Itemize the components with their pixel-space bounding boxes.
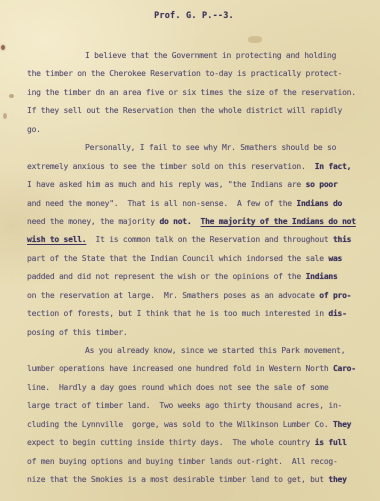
document-line: wish to sell. It is common talk on the R… <box>27 231 367 249</box>
text-segment: I have asked him as much and his reply w… <box>27 180 306 189</box>
text-segment: tection of forests, but I think that he … <box>27 309 328 318</box>
text-segment: dis- <box>328 309 346 318</box>
text-segment: Indians do <box>296 199 342 208</box>
text-segment: of pro- <box>319 291 351 300</box>
text-segment: extremely anxious to see the timber sold… <box>27 162 315 171</box>
text-segment: The majority of the Indians do not <box>201 217 356 226</box>
text-segment: posing of this timber. <box>27 328 127 337</box>
document-line: large tract of timber land. Two weeks ag… <box>27 397 367 415</box>
text-segment: padded and did not represent the wish or… <box>27 272 306 281</box>
paper-stain <box>9 94 14 98</box>
text-segment: wish to sell. <box>27 235 86 244</box>
text-segment: of men buying options and buying timber … <box>27 457 338 466</box>
text-segment: line. Hardly a day goes round which does… <box>27 383 328 392</box>
text-segment: Indians <box>306 272 338 281</box>
document-line: cluding the Lynnville gorge, was sold to… <box>27 416 367 434</box>
document-line: extremely anxious to see the timber sold… <box>27 158 367 176</box>
document-line: and need the money". That is all non-sen… <box>27 195 367 213</box>
text-segment: lumber operations have increased one hun… <box>27 364 333 373</box>
text-segment: In fact, <box>315 162 352 171</box>
document-line: on the reservation at large. Mr. Smather… <box>27 287 367 305</box>
document-line: I believe that the Government in protect… <box>27 47 367 65</box>
document-line: go. <box>27 121 367 139</box>
document-line: Personally, I fail to see why Mr. Smathe… <box>27 139 367 157</box>
text-segment: this <box>333 235 351 244</box>
document-line: part of the State that the Indian Counci… <box>27 250 367 268</box>
document-line: expect to begin cutting inside thirty da… <box>27 434 367 452</box>
text-segment: If they sell out the Reservation then th… <box>27 106 342 115</box>
document-line: ing the timber dn an area five or six ti… <box>27 84 367 102</box>
document-line: padded and did not represent the wish or… <box>27 268 367 286</box>
typewritten-letter-page: { "colors": { "paper": "#e8ddb6", "ink":… <box>0 0 380 501</box>
text-segment: They <box>333 420 351 429</box>
paper-stain <box>1 45 5 50</box>
document-line: tection of forests, but I think that he … <box>27 305 367 323</box>
document-line: If they sell out the Reservation then th… <box>27 102 367 120</box>
text-segment: expect to begin cutting inside thirty da… <box>27 438 315 447</box>
text-segment: on the reservation at large. Mr. Smather… <box>27 291 319 300</box>
text-segment: the timber on the Cherokee Reservation t… <box>27 69 342 78</box>
text-segment: Caro- <box>333 364 356 373</box>
text-segment: and need the money". That is all non-sen… <box>27 199 296 208</box>
text-segment: so poor <box>306 180 338 189</box>
text-segment: Personally, I fail to see why Mr. Smathe… <box>85 143 336 152</box>
document-line: need the money, the majority do not. The… <box>27 213 367 231</box>
text-segment: ing the timber dn an area five or six ti… <box>27 88 356 97</box>
document-line: As you already know, since we started th… <box>27 342 367 360</box>
document-line: I have asked him as much and his reply w… <box>27 176 367 194</box>
document-line: line. Hardly a day goes round which does… <box>27 379 367 397</box>
text-segment: nize that the Smokies is a most desirabl… <box>27 475 328 484</box>
document-line: posing of this timber. <box>27 324 367 342</box>
paper-smudge <box>248 36 262 43</box>
document-line: nize that the Smokies is a most desirabl… <box>27 471 367 489</box>
text-segment: It is common talk on the Reservation and… <box>86 235 333 244</box>
document-line: of men buying options and buying timber … <box>27 453 367 471</box>
text-segment: need the money, the majority <box>27 217 159 226</box>
text-segment: large tract of timber land. Two weeks ag… <box>27 401 342 410</box>
text-segment: they <box>328 475 346 484</box>
page-heading: Prof. G. P.--3. <box>26 11 362 21</box>
text-segment: is full <box>315 438 347 447</box>
document-body: I believe that the Government in protect… <box>27 47 367 490</box>
text-segment: As you already know, since we started th… <box>85 346 345 355</box>
paper-stain <box>3 113 7 119</box>
document-line: lumber operations have increased one hun… <box>27 360 367 378</box>
text-segment: I believe that the Government in protect… <box>85 51 336 60</box>
document-line: the timber on the Cherokee Reservation t… <box>27 65 367 83</box>
text-segment: do not. <box>159 217 200 226</box>
text-segment: part of the State that the Indian Counci… <box>27 254 328 263</box>
text-segment: cluding the Lynnville gorge, was sold to… <box>27 420 333 429</box>
text-segment: go. <box>27 125 41 134</box>
text-segment: was <box>328 254 342 263</box>
